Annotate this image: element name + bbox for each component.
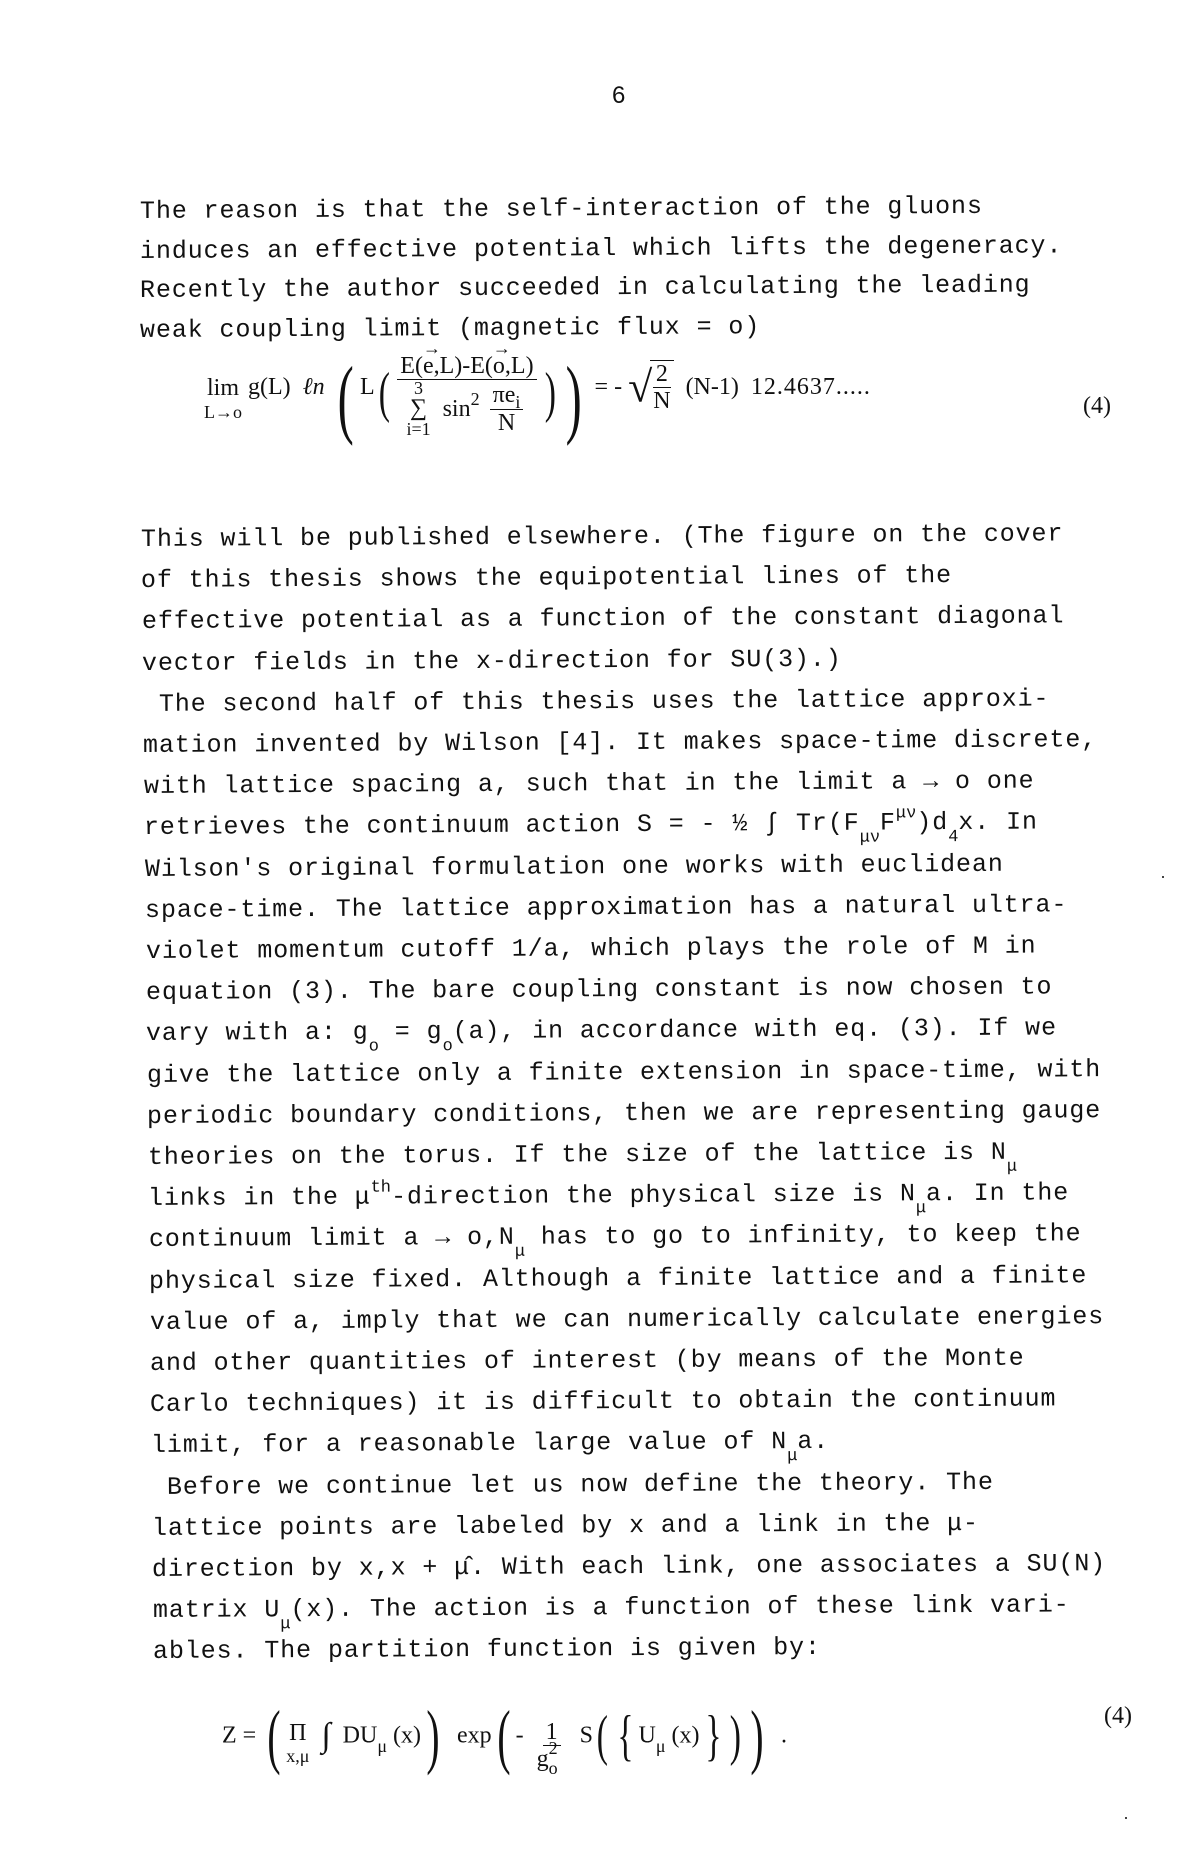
text-line: lattice points are labeled by x and a li…: [152, 1509, 979, 1544]
text-line: vector fields in the x-direction for SU(…: [142, 644, 842, 678]
text-line: retrieves the continuum action S = - ½ ∫…: [144, 808, 1038, 846]
sqrt-2-over-N: √ 2 N: [628, 360, 674, 414]
equation-1-label: (4): [1083, 393, 1111, 420]
text-line: ables. The partition function is given b…: [153, 1633, 821, 1667]
log: ℓn: [303, 374, 325, 400]
text-line: induces an effective potential which lif…: [140, 231, 1063, 267]
text-line: equation (3). The bare coupling constant…: [146, 973, 1053, 1009]
text-line: physical size fixed. Although a finite l…: [149, 1261, 1087, 1297]
limit-operator: lim L→o: [204, 375, 242, 423]
scan-speck: [1162, 876, 1164, 878]
text-line: theories on the torus. If the size of th…: [148, 1138, 1017, 1176]
energy-fraction: E(e,L)-E(o,L) 3 ∑ i=1 sin2 πei N: [397, 353, 536, 438]
text-line: The second half of this thesis uses the …: [143, 684, 1050, 720]
text-line: give the lattice only a finite extension…: [147, 1055, 1101, 1091]
text-line: continuum limit a → o,Nμ has to go to in…: [149, 1220, 1082, 1259]
text-line: with lattice spacing a, such that in the…: [144, 767, 1035, 802]
coupling-fraction: 1 go2: [534, 1719, 570, 1773]
text-line: Recently the author succeeded in calcula…: [140, 271, 1031, 306]
text-line: of this thesis shows the equipotential l…: [141, 561, 952, 596]
text-line: and other quantities of interest (by mea…: [150, 1344, 1025, 1379]
text-line: value of a, imply that we can numericall…: [149, 1302, 1103, 1338]
text-line: Wilson's original formulation one works …: [145, 849, 1004, 884]
product-operator: Π x,μ: [286, 1721, 309, 1767]
text-line: matrix Uμ(x). The action is a function o…: [153, 1591, 1070, 1630]
open-paren-inner: (: [378, 365, 389, 421]
text-line: effective potential as a function of the…: [142, 602, 1065, 638]
equation-1: lim L→o g(L) ℓn (L( E(e,L)-E(o,L) 3 ∑ i=…: [204, 355, 871, 443]
text-line: mation invented by Wilson [4]. It makes …: [143, 725, 1097, 761]
text-line: This will be published elsewhere. (The f…: [141, 519, 1064, 555]
close-paren-inner: ): [544, 365, 555, 421]
page-number: 6: [612, 82, 625, 110]
text-line: direction by x,x + μ̂. With each link, o…: [152, 1549, 1106, 1585]
text-line: links in the μth-direction the physical …: [148, 1179, 1069, 1218]
g-of-L: g(L): [248, 374, 291, 400]
text-line: vary with a: go = go(a), in accordance w…: [146, 1014, 1057, 1053]
equation-2: Z = ( Π x,μ ∫ DUμ (x)) exp(- 1 go2 S({Uμ…: [222, 1700, 787, 1772]
equation-2-label: (4): [1104, 1703, 1132, 1730]
scan-speck: [1125, 1817, 1127, 1819]
text-line: weak coupling limit (magnetic flux = o): [140, 312, 760, 346]
sum-operator: 3 ∑ i=1: [406, 380, 430, 438]
text-line: periodic boundary conditions, then we ar…: [147, 1096, 1101, 1132]
text-line: limit, for a reasonable large value of N…: [151, 1427, 829, 1464]
text-line: Before we continue let us now define the…: [151, 1467, 994, 1502]
text-line: Carlo techniques) it is difficult to obt…: [150, 1385, 1057, 1421]
text-line: space-time. The lattice approximation ha…: [145, 890, 1068, 926]
close-paren: ): [566, 355, 582, 443]
text-line: violet momentum cutoff 1/a, which plays …: [145, 932, 1036, 967]
open-paren: (: [337, 355, 353, 443]
text-line: The reason is that the self-interaction …: [140, 192, 983, 227]
